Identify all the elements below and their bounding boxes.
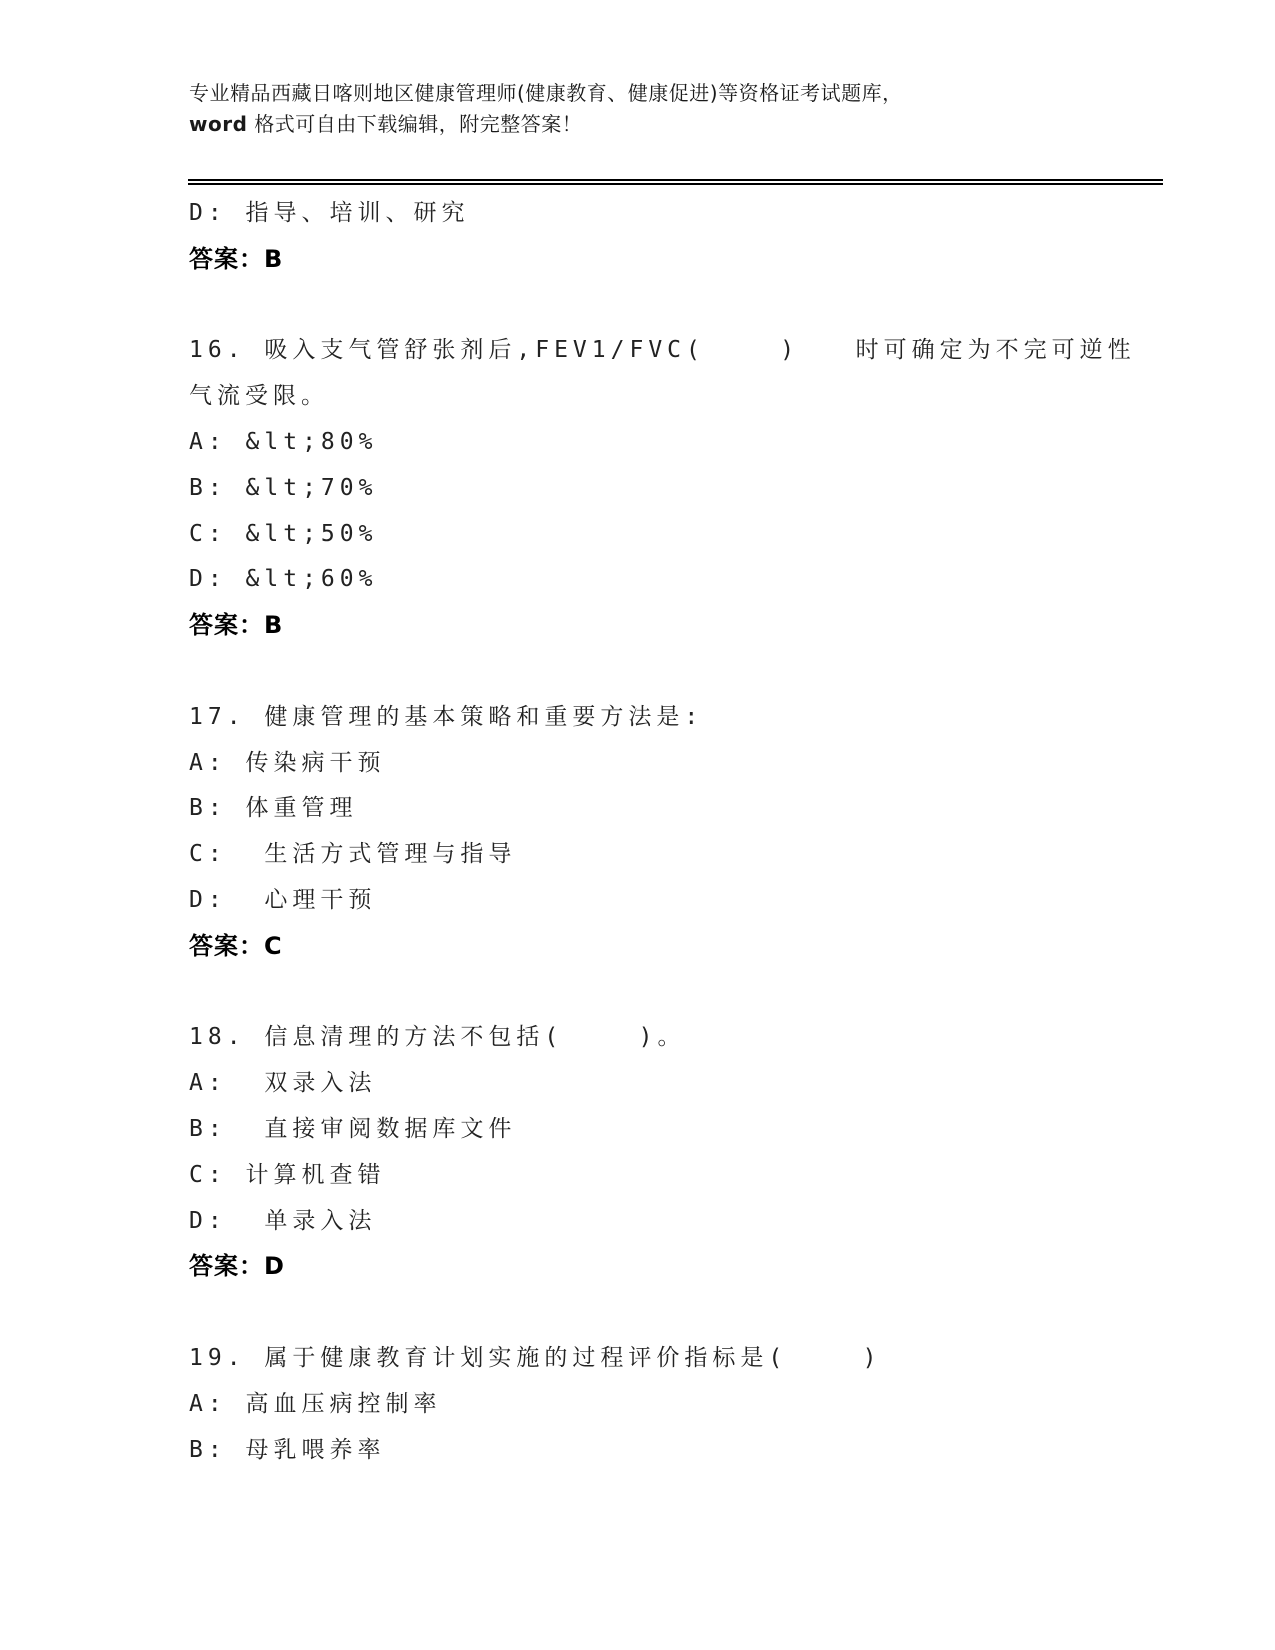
question-stem: 19. 属于健康教育计划实施的过程评价指标是( ) xyxy=(189,1338,1149,1384)
answer-label: 答案：C xyxy=(189,926,1149,972)
question-stem: 18. 信息清理的方法不包括( )。 xyxy=(189,1017,1149,1063)
spacer xyxy=(189,972,1149,1018)
option-c: C: &lt;50% xyxy=(189,514,1149,560)
header-title-line-2: word 格式可自由下载编辑，附完整答案！ xyxy=(189,109,1169,140)
document-page: 专业精品西藏日喀则地区健康管理师(健康教育、健康促进)等资格证考试题库， wor… xyxy=(0,0,1275,1650)
spacer xyxy=(189,1292,1149,1338)
option-b: B: 直接审阅数据库文件 xyxy=(189,1109,1149,1155)
answer-label: 答案：B xyxy=(189,239,1149,285)
answer-label: 答案：B xyxy=(189,605,1149,651)
option-a: A: &lt;80% xyxy=(189,422,1149,468)
question-17: 17. 健康管理的基本策略和重要方法是: A: 传染病干预 B: 体重管理 C:… xyxy=(189,697,1149,972)
spacer xyxy=(189,651,1149,697)
question-15-tail: D: 指导、培训、研究 答案：B xyxy=(189,193,1149,285)
option-a: A: 传染病干预 xyxy=(189,743,1149,789)
header-word-label: word xyxy=(189,112,247,136)
question-stem: 16. 吸入支气管舒张剂后,FEV1/FVC( ) 时可确定为不完可逆性 xyxy=(189,330,1149,376)
option-d: D: 心理干预 xyxy=(189,880,1149,926)
option-b: B: 体重管理 xyxy=(189,788,1149,834)
header-divider-thin xyxy=(188,183,1163,185)
spacer xyxy=(189,285,1149,331)
question-19: 19. 属于健康教育计划实施的过程评价指标是( ) A: 高血压病控制率 B: … xyxy=(189,1338,1149,1475)
question-18: 18. 信息清理的方法不包括( )。 A: 双录入法 B: 直接审阅数据库文件 … xyxy=(189,1017,1149,1292)
option-d: D: 指导、培训、研究 xyxy=(189,193,1149,239)
header-title-line-2-rest: 格式可自由下载编辑，附完整答案！ xyxy=(247,112,582,136)
option-b: B: &lt;70% xyxy=(189,468,1149,514)
document-header: 专业精品西藏日喀则地区健康管理师(健康教育、健康促进)等资格证考试题库， wor… xyxy=(189,78,1169,140)
option-d: D: 单录入法 xyxy=(189,1201,1149,1247)
option-d: D: &lt;60% xyxy=(189,559,1149,605)
option-c: C: 生活方式管理与指导 xyxy=(189,834,1149,880)
option-b: B: 母乳喂养率 xyxy=(189,1430,1149,1476)
question-list: D: 指导、培训、研究 答案：B 16. 吸入支气管舒张剂后,FEV1/FVC(… xyxy=(189,193,1149,1475)
question-16: 16. 吸入支气管舒张剂后,FEV1/FVC( ) 时可确定为不完可逆性 气流受… xyxy=(189,330,1149,651)
answer-label: 答案：D xyxy=(189,1246,1149,1292)
option-a: A: 双录入法 xyxy=(189,1063,1149,1109)
question-stem-continued: 气流受限。 xyxy=(189,376,1149,422)
question-stem: 17. 健康管理的基本策略和重要方法是: xyxy=(189,697,1149,743)
header-divider-thick xyxy=(188,179,1163,181)
option-c: C: 计算机查错 xyxy=(189,1155,1149,1201)
option-a: A: 高血压病控制率 xyxy=(189,1384,1149,1430)
header-title-line-1: 专业精品西藏日喀则地区健康管理师(健康教育、健康促进)等资格证考试题库， xyxy=(189,78,1169,109)
